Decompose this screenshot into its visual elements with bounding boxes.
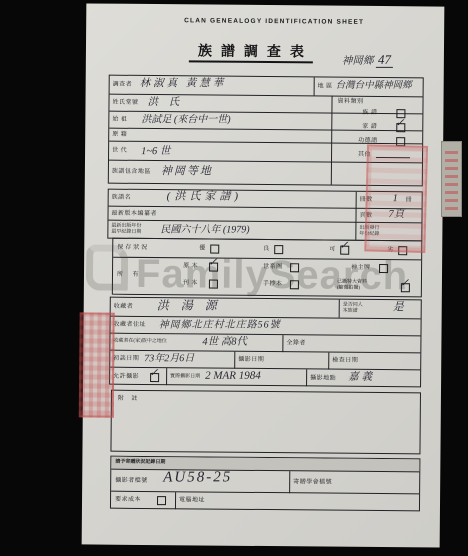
- same-clan-value: 是: [393, 302, 404, 313]
- clan-genealogy-label: 族 譜: [362, 110, 377, 117]
- founder-value: 洪試足 (來台中一世): [141, 114, 230, 125]
- origin-label: 原 籍: [112, 132, 127, 139]
- filming-place-label: 攝影地點: [310, 375, 336, 382]
- owner-position-value: 4世 高8代: [202, 337, 247, 348]
- filing-table: 請予寄贈狀況記錄日期 攝影者檔號 AU58-25 寄贈學會檔號 要求成本 ✓ 電…: [110, 456, 420, 512]
- cell-divider: [314, 77, 315, 95]
- original-copy-label: 原 本: [183, 263, 198, 270]
- same-clan-label-line2: 本族譜: [343, 309, 358, 315]
- ancestral-tablet-checkbox: ✓: [379, 264, 388, 273]
- filing-header-label: 請予寄贈狀況記錄日期: [115, 460, 165, 466]
- family-genealogy-label: 家 譜: [362, 124, 377, 131]
- notes-label: 附 註: [118, 396, 141, 403]
- row-filming: 允許攝影 ✓ 實際攝影日期 2 MAR 1984 攝影地點 嘉義: [110, 367, 420, 388]
- check-mark: ✓: [339, 239, 348, 252]
- owner-value: 洪湯源: [157, 300, 229, 311]
- cell-divider: [289, 471, 290, 493]
- actual-filming-date-value: 2 MAR 1984: [205, 371, 261, 382]
- page-label: 神岡鄉: [342, 56, 374, 67]
- film-number-value: AU58-25: [163, 472, 232, 483]
- book-title-label: 族譜名: [112, 195, 132, 202]
- owner-address-value: 神岡鄉北庄村北庄路56號: [159, 320, 281, 331]
- filming-place-value: 嘉義: [348, 372, 375, 383]
- original-copy-checkbox: ✓: [209, 263, 218, 272]
- microfilm-label-line1: 已攝特大資料: [337, 280, 367, 286]
- region-value: 台灣台中縣神岡鄉: [336, 81, 412, 92]
- printed-copy-label: 刊 本: [183, 280, 198, 287]
- recorder-label: 全錄者: [286, 340, 306, 347]
- state-excellent-label: 優: [199, 245, 206, 252]
- region-label: 地 區: [318, 83, 333, 90]
- owner-label: 收藏者: [114, 304, 134, 311]
- pedigree-chart-label: 世系圖: [263, 264, 283, 271]
- cell-divider: [339, 300, 340, 318]
- data-type-title: 資料類別: [337, 99, 363, 106]
- check-mark: ✓: [400, 276, 409, 289]
- condition-label: 保存狀況: [117, 245, 149, 252]
- filming-permitted-label: 允許攝影: [113, 374, 139, 381]
- scanned-photostat-frame: { "header": { "en_title": "CLAN GENEALOG…: [0, 0, 468, 556]
- coverage-value: 神岡等地: [161, 166, 213, 177]
- cell-divider: [328, 353, 329, 370]
- red-seal-left: [79, 312, 115, 417]
- format-label: 所 有: [117, 272, 143, 279]
- generations-value: 1~6 世: [141, 146, 170, 157]
- year-value: 民國六十八年 (1979): [160, 224, 249, 235]
- handwritten-page-number: 神岡鄉 47: [342, 54, 393, 67]
- ancestral-tablet-label: 神主牌: [351, 265, 371, 272]
- row-cost: 要求成本 ✓ 電腦地址: [111, 491, 419, 512]
- cost-required-label: 要求成本: [115, 497, 141, 504]
- red-seal-right: [364, 144, 428, 253]
- notes-table: 附 註: [110, 390, 421, 455]
- check-mark: ✓: [395, 116, 404, 129]
- owner-info-table: 收藏者 洪湯源 是否同人 本族譜 是 收藏者住址 神岡鄉北庄村北庄路56號 收藏…: [109, 297, 422, 388]
- state-good-checkbox: ✓: [274, 245, 283, 254]
- state-fair-checkbox: ✓: [340, 246, 349, 255]
- book-title-value: (洪氏家譜): [167, 191, 242, 202]
- investigator-value: 林淑真 黃慧華: [140, 78, 227, 89]
- actual-filming-date-label: 實際攝影日期: [170, 374, 200, 380]
- owner-position-label: 收藏者在(家)族中之地位: [113, 339, 166, 345]
- cell-divider: [306, 369, 307, 386]
- microfilm-checkbox: ✓: [401, 283, 410, 292]
- founder-label: 始 祖: [112, 117, 127, 124]
- photo-date-label: 攝影日期: [238, 357, 264, 364]
- same-clan-label-line1: 是否同人: [343, 303, 363, 309]
- page-number: 47: [376, 52, 393, 68]
- computer-address-label: 電腦地址: [179, 497, 205, 504]
- investigator-label: 調查者: [113, 82, 133, 89]
- row-format: 所 有 原 本 ✓ 世系圖 ✓ 神主牌 ✓ 刊 本 ✓ 手抄本 ✓ 已攝特大資料…: [113, 257, 421, 298]
- check-date-label: 檢查日期: [332, 358, 358, 365]
- cost-required-checkbox: ✓: [157, 496, 166, 505]
- interview-date-value: 73年2月6日: [144, 353, 194, 364]
- filming-permitted-checkbox: ✓: [150, 373, 159, 382]
- manuscript-copy-label: 手抄本: [263, 281, 283, 288]
- chinese-title: 族譜調查表: [189, 44, 313, 63]
- cell-divider: [175, 492, 176, 509]
- manuscript-copy-checkbox: ✓: [290, 280, 299, 289]
- family-genealogy-checkbox: ✓: [396, 123, 405, 132]
- check-mark: ✓: [208, 256, 217, 269]
- year-label-line2: 最早紀錄日期: [111, 230, 141, 236]
- film-number-label: 攝影者檔號: [115, 478, 148, 485]
- owner-address-label: 收藏者住址: [114, 322, 147, 329]
- cell-divider: [166, 368, 167, 385]
- generations-label: 世 代: [112, 148, 127, 155]
- society-number-label: 寄贈學會檔號: [293, 479, 332, 486]
- coverage-label: 族譜包含地區: [112, 169, 151, 176]
- editor-label: 最新版本編纂者: [111, 211, 157, 218]
- surname-label: 姓氏堂號: [112, 100, 138, 107]
- interview-date-label: 初談日期: [113, 356, 139, 363]
- printed-copy-checkbox: ✓: [209, 280, 218, 289]
- cell-divider: [234, 352, 235, 369]
- film-edge-tab: [441, 141, 462, 217]
- form-sheet: CLAN GENEALOGY IDENTIFICATION SHEET 族譜調查…: [82, 3, 445, 547]
- year-label-line1: 最新出版年份: [111, 224, 141, 230]
- english-title: CLAN GENEALOGY IDENTIFICATION SHEET: [86, 16, 444, 26]
- check-mark: ✓: [149, 366, 158, 379]
- pedigree-chart-checkbox: ✓: [290, 263, 299, 272]
- state-excellent-checkbox: ✓: [210, 245, 219, 254]
- cell-divider: [282, 335, 283, 352]
- microfilm-label-line2: (縮微拍攝): [337, 286, 360, 292]
- state-good-label: 良: [263, 246, 270, 253]
- state-fair-label: 可: [329, 247, 336, 254]
- surname-value: 洪 氏: [147, 97, 183, 108]
